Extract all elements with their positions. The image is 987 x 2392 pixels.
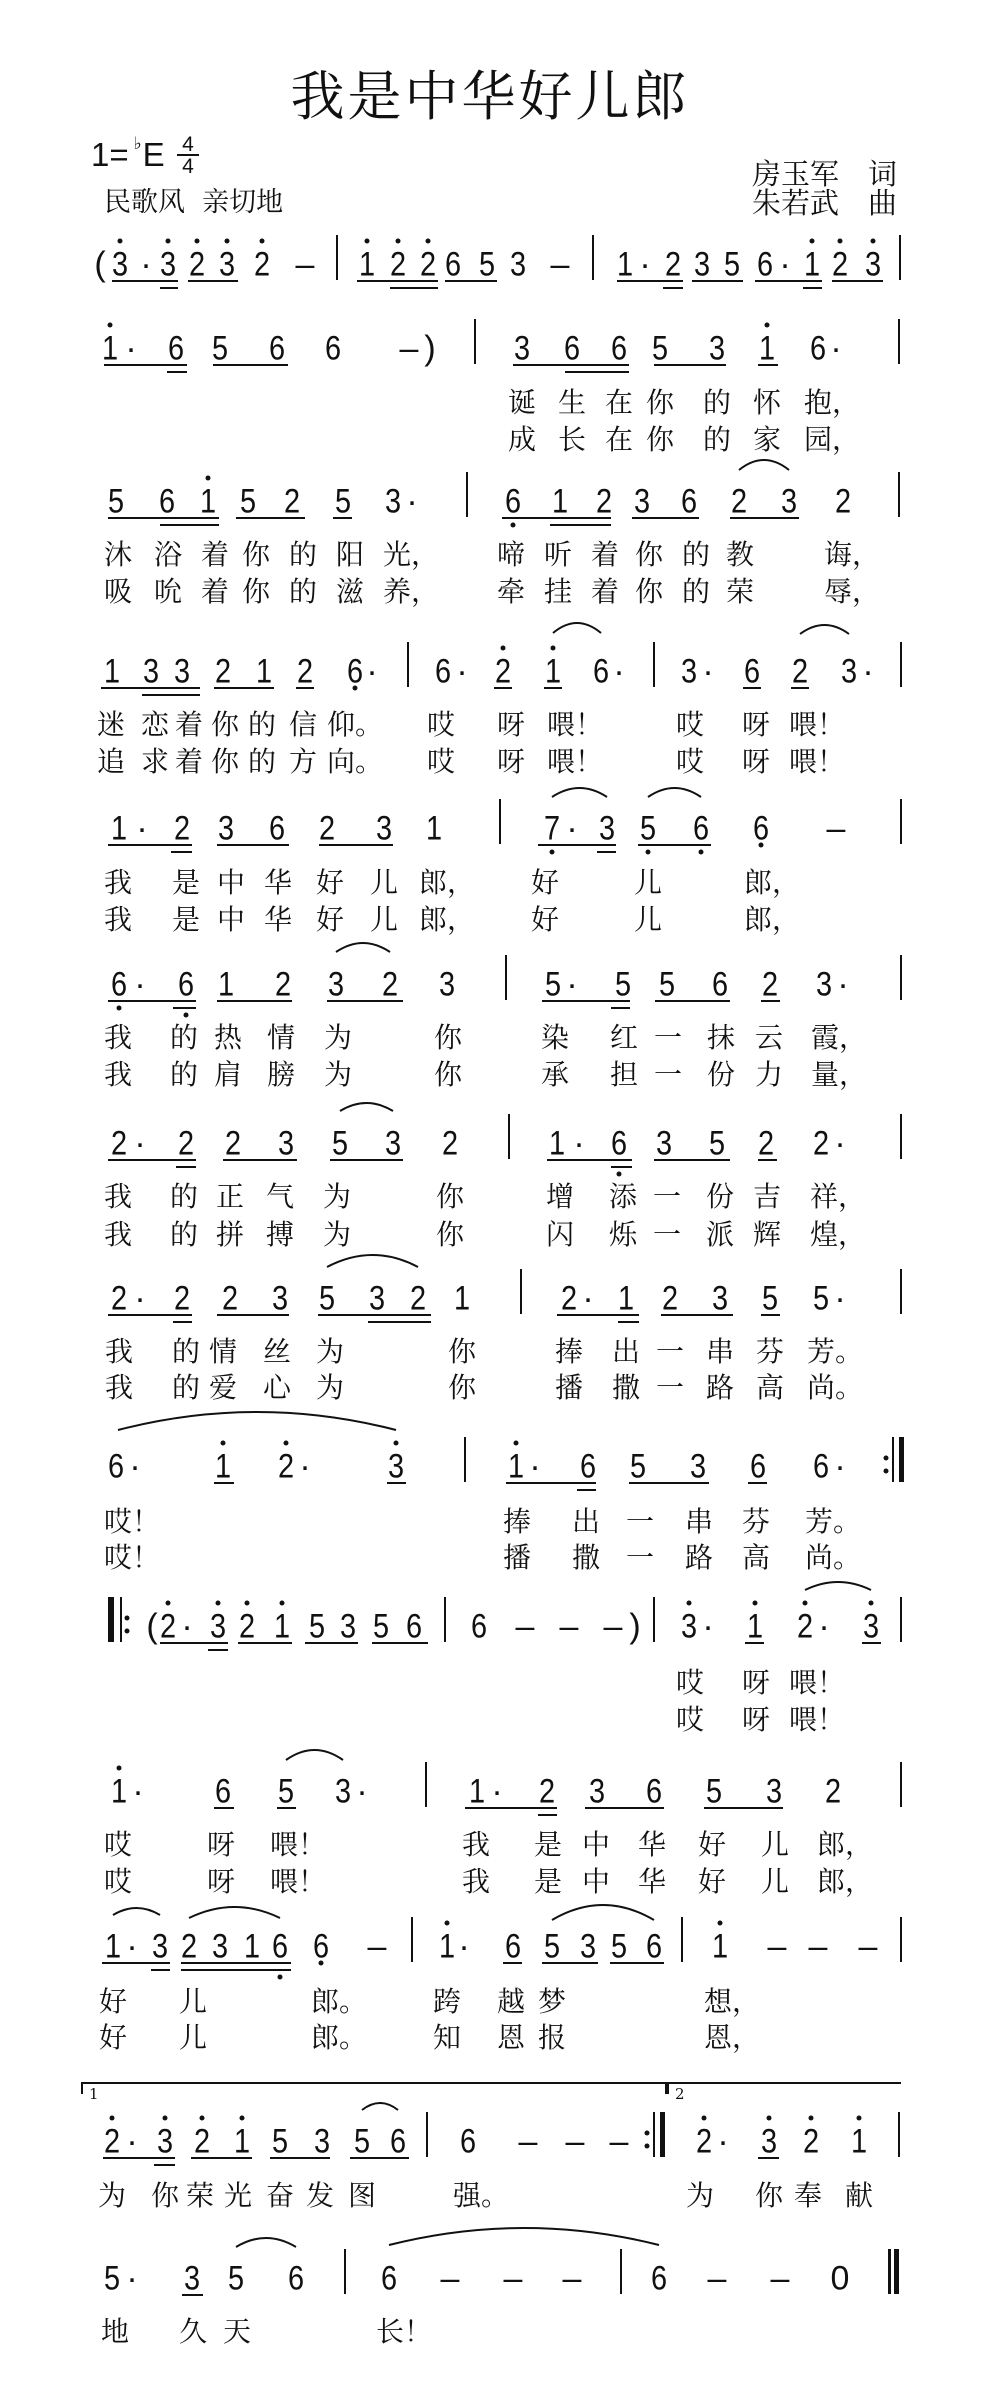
lyric-char: 光， bbox=[383, 539, 439, 571]
lyric-char: 霞， bbox=[811, 1022, 867, 1054]
high-octave-dot bbox=[838, 239, 843, 244]
barline bbox=[900, 1269, 902, 1314]
augmentation-dot: · bbox=[129, 1449, 140, 1483]
duration-underline bbox=[167, 371, 187, 373]
repeat-dot bbox=[884, 1469, 889, 1474]
barline bbox=[681, 1917, 683, 1962]
lyric-char: 的 bbox=[248, 709, 276, 741]
augmentation-dot: · bbox=[356, 1774, 367, 1808]
note: 6 bbox=[750, 1449, 766, 1483]
augmentation-dot: · bbox=[566, 967, 577, 1001]
note: 6 bbox=[215, 1774, 231, 1808]
augmentation-dot: · bbox=[613, 654, 624, 688]
barline bbox=[425, 1762, 427, 1807]
augmentation-dot: · bbox=[837, 967, 848, 1001]
lyric-char: 芳。 bbox=[807, 1336, 863, 1368]
lyric-char: 你 bbox=[646, 424, 674, 456]
lyric-char: 喂！ bbox=[270, 1829, 326, 1861]
lyric-char: 播 bbox=[503, 1542, 531, 1574]
barline bbox=[520, 1269, 522, 1314]
note: 3 bbox=[781, 484, 797, 518]
barline bbox=[407, 642, 409, 687]
lyric-char: 热 bbox=[214, 1022, 242, 1054]
lyric-char: 儿 bbox=[761, 1866, 789, 1898]
lyric-char: 的 bbox=[172, 1372, 200, 1404]
lyric-char: 强。 bbox=[453, 2180, 509, 2212]
note: 3 bbox=[863, 1609, 879, 1643]
high-octave-dot bbox=[687, 1601, 692, 1606]
lyric-char: 儿 bbox=[179, 1986, 207, 2018]
barline bbox=[411, 1917, 413, 1962]
lyric-char: 承 bbox=[541, 1059, 569, 1091]
low-octave-dot bbox=[278, 1975, 283, 1980]
lyric-char: 情 bbox=[267, 1022, 295, 1054]
lyric-char: 高 bbox=[756, 1372, 784, 1404]
note: 2 bbox=[797, 1609, 813, 1643]
slur bbox=[800, 625, 849, 634]
note: 1 bbox=[454, 1281, 470, 1315]
lyric-char: 牵 bbox=[497, 576, 525, 608]
key-signature: 1=♭E bbox=[91, 136, 165, 174]
note: 3 bbox=[219, 247, 235, 281]
note: 1 bbox=[439, 1929, 455, 1963]
note: 1 bbox=[759, 331, 775, 365]
note: 6 bbox=[111, 967, 127, 1001]
note: 6 bbox=[272, 1929, 288, 1963]
lyric-char: 路 bbox=[685, 1542, 713, 1574]
composer-role: 曲 bbox=[868, 189, 897, 218]
augmentation-dot: · bbox=[181, 1609, 192, 1643]
barline bbox=[499, 799, 501, 844]
repeat-dot bbox=[125, 1629, 130, 1634]
high-octave-dot bbox=[871, 239, 876, 244]
key-tonic: E bbox=[143, 136, 165, 173]
augmentation-dot: · bbox=[702, 1609, 713, 1643]
note: 2 bbox=[495, 654, 511, 688]
lyric-char: 呀 bbox=[742, 1704, 770, 1736]
volta-bracket: 2 bbox=[667, 2082, 901, 2094]
note: 6 bbox=[744, 654, 760, 688]
sustain-dash: – bbox=[504, 2261, 523, 2295]
lyric-char: 膀 bbox=[267, 1059, 295, 1091]
low-octave-dot bbox=[759, 843, 764, 848]
lyric-char: 中 bbox=[217, 867, 245, 899]
augmentation-dot: · bbox=[366, 654, 377, 688]
lyric-char: 派 bbox=[706, 1219, 734, 1251]
note: 5 bbox=[354, 2124, 370, 2158]
note: 3 bbox=[599, 811, 615, 845]
note: 3 bbox=[174, 654, 190, 688]
note: 3 bbox=[681, 654, 697, 688]
note: 6 bbox=[313, 1929, 329, 1963]
note: 2 bbox=[104, 2124, 120, 2158]
lyric-char: 着 bbox=[201, 576, 229, 608]
high-octave-dot bbox=[280, 1601, 285, 1606]
note: 6 bbox=[505, 484, 521, 518]
high-octave-dot bbox=[110, 2116, 115, 2121]
note: 3 bbox=[634, 484, 650, 518]
note: 3 bbox=[376, 811, 392, 845]
note: 6 bbox=[564, 331, 580, 365]
barline bbox=[900, 1597, 902, 1642]
lyric-char: 着 bbox=[175, 746, 203, 778]
note: 5 bbox=[332, 1126, 348, 1160]
lyric-char: 你 bbox=[755, 2180, 783, 2212]
note: 7 bbox=[544, 811, 560, 845]
lyric-char: 添 bbox=[609, 1181, 637, 1213]
lyric-char: 报 bbox=[538, 2022, 566, 2054]
barline bbox=[426, 2112, 428, 2157]
lyric-char: 知 bbox=[433, 2022, 461, 2054]
slur bbox=[362, 2103, 398, 2110]
lyric-char: 我 bbox=[105, 1372, 133, 1404]
lyric-char: 哎 bbox=[104, 1829, 132, 1861]
lyric-char: 我 bbox=[462, 1866, 490, 1898]
sustain-dash: – bbox=[610, 2124, 629, 2158]
barline bbox=[508, 1114, 510, 1159]
lyric-char: 好 bbox=[99, 2022, 127, 2054]
note: 6 bbox=[757, 247, 773, 281]
note: 1 bbox=[274, 1609, 290, 1643]
lyric-char: 哎 bbox=[676, 746, 704, 778]
augmentation-dot: · bbox=[140, 247, 151, 281]
barline bbox=[466, 472, 468, 517]
note: 2 bbox=[442, 1126, 458, 1160]
lyric-char: 发 bbox=[306, 2180, 334, 2212]
lyric-char: 哎 bbox=[676, 1667, 704, 1699]
note: 1 bbox=[359, 247, 375, 281]
low-octave-dot bbox=[550, 850, 555, 855]
high-octave-dot bbox=[225, 239, 230, 244]
note: 1 bbox=[552, 484, 568, 518]
note: 6 bbox=[460, 2124, 476, 2158]
lyric-char: 喂！ bbox=[789, 746, 845, 778]
lyric-char: 的 bbox=[703, 387, 731, 419]
lyric-char: 郎， bbox=[744, 867, 800, 899]
note: 5 bbox=[544, 1929, 560, 1963]
lyric-char: 献 bbox=[845, 2180, 873, 2212]
lyric-char: 荣 bbox=[726, 576, 754, 608]
note: 2 bbox=[696, 2124, 712, 2158]
high-octave-dot bbox=[365, 239, 370, 244]
note: 3 bbox=[841, 654, 857, 688]
note: 3 bbox=[816, 967, 832, 1001]
lyric-char: 气 bbox=[266, 1181, 294, 1213]
note: 6 bbox=[505, 1929, 521, 1963]
sustain-dash: – bbox=[604, 1609, 623, 1643]
slur bbox=[327, 1255, 418, 1267]
lyric-char: 的 bbox=[172, 1336, 200, 1368]
lyric-char: 为 bbox=[324, 1059, 352, 1091]
note: 1 bbox=[508, 1449, 524, 1483]
lyric-char: 出 bbox=[572, 1506, 600, 1538]
lyric-char: 奋 bbox=[266, 2180, 294, 2212]
high-octave-dot bbox=[501, 646, 506, 651]
note: 1 bbox=[747, 1609, 763, 1643]
note: 2 bbox=[239, 1609, 255, 1643]
note: 1 bbox=[804, 247, 820, 281]
thick-bar bbox=[108, 1597, 114, 1642]
sustain-dash: – bbox=[771, 2261, 790, 2295]
high-octave-dot bbox=[117, 1766, 122, 1771]
lyric-char: 奉 bbox=[794, 2180, 822, 2212]
sustain-dash: – bbox=[400, 331, 419, 365]
sustain-dash: – bbox=[768, 1929, 787, 1963]
note: 6 bbox=[390, 2124, 406, 2158]
lyric-char: 图 bbox=[348, 2180, 376, 2212]
note: 3 bbox=[328, 967, 344, 1001]
thick-bar bbox=[660, 2112, 665, 2157]
barline bbox=[900, 642, 902, 687]
lyric-char: 的 bbox=[170, 1059, 198, 1091]
lyric-char: 信 bbox=[289, 709, 317, 741]
lyricist-role: 词 bbox=[868, 160, 897, 189]
lyric-char: 肩 bbox=[214, 1059, 242, 1091]
lyric-char: 呀 bbox=[497, 709, 525, 741]
lyric-char: 追 bbox=[97, 746, 125, 778]
lyric-char: 儿 bbox=[634, 904, 662, 936]
close-paren: ) bbox=[629, 1609, 640, 1643]
note: 3 bbox=[210, 1609, 226, 1643]
note: 5 bbox=[319, 1281, 335, 1315]
note: 2 bbox=[803, 2124, 819, 2158]
augmentation-dot: · bbox=[529, 1449, 540, 1483]
time-denominator: 4 bbox=[177, 158, 199, 175]
lyric-char: 祥， bbox=[810, 1181, 866, 1213]
sustain-dash: – bbox=[519, 2124, 538, 2158]
note: 6 bbox=[168, 331, 184, 365]
lyric-char: 儿 bbox=[370, 904, 398, 936]
lyric-char: 你 bbox=[436, 1181, 464, 1213]
note: 6 bbox=[347, 654, 363, 688]
barline bbox=[464, 1437, 466, 1482]
lyric-char: 一 bbox=[653, 1219, 681, 1251]
lyric-char: 怀 bbox=[753, 387, 781, 419]
augmentation-dot: · bbox=[136, 811, 147, 845]
note: 3 bbox=[510, 247, 526, 281]
lyric-char: 挂 bbox=[544, 576, 572, 608]
lyric-char: 红 bbox=[610, 1022, 638, 1054]
lyric-char: 养， bbox=[383, 576, 439, 608]
time-signature: 4 4 bbox=[177, 136, 199, 175]
lyric-char: 在 bbox=[605, 424, 633, 456]
augmentation-dot: · bbox=[406, 484, 417, 518]
note: 3 bbox=[439, 967, 455, 1001]
duration-underline bbox=[577, 1489, 596, 1491]
lyric-char: 啼 bbox=[497, 539, 525, 571]
lyric-char: 跨 bbox=[433, 1986, 461, 2018]
lyric-char: 好 bbox=[698, 1829, 726, 1861]
lyric-char: 在 bbox=[605, 387, 633, 419]
note: 5 bbox=[709, 1126, 725, 1160]
augmentation-dot: · bbox=[582, 1281, 593, 1315]
high-octave-dot bbox=[216, 1601, 221, 1606]
tempo-expression: 民歌风 亲切地 bbox=[104, 187, 283, 219]
note: 6 bbox=[646, 1929, 662, 1963]
lyric-char: 的 bbox=[703, 424, 731, 456]
lyric-char: 呀 bbox=[742, 1667, 770, 1699]
slur bbox=[552, 788, 607, 797]
lyric-char: 染 bbox=[541, 1022, 569, 1054]
lyric-char: 你 bbox=[242, 539, 270, 571]
lyric-char: 尚。 bbox=[805, 1542, 861, 1574]
duration-underline bbox=[565, 371, 629, 373]
lyric-char: 我 bbox=[104, 1059, 132, 1091]
lyric-char: 我 bbox=[104, 904, 132, 936]
note: 2 bbox=[835, 484, 851, 518]
slur bbox=[286, 1750, 343, 1760]
lyric-char: 吉 bbox=[753, 1181, 781, 1213]
lyric-char: 为 bbox=[323, 1219, 351, 1251]
repeat-dot bbox=[645, 2131, 650, 2136]
lyric-char: 郎。 bbox=[311, 1986, 367, 2018]
sustain-dash: – bbox=[296, 247, 315, 281]
note: 2 bbox=[410, 1281, 426, 1315]
lyric-char: 方 bbox=[289, 746, 317, 778]
note: 3 bbox=[712, 1281, 728, 1315]
note: 6 bbox=[810, 331, 826, 365]
barline bbox=[900, 1114, 902, 1159]
lyric-char: 中 bbox=[582, 1866, 610, 1898]
note: 5 bbox=[309, 1609, 325, 1643]
note: 6 bbox=[753, 811, 769, 845]
lyric-char: 的 bbox=[248, 746, 276, 778]
note: 3 bbox=[278, 1126, 294, 1160]
barline bbox=[898, 319, 900, 364]
note: 1 bbox=[244, 1929, 260, 1963]
high-octave-dot bbox=[803, 1601, 808, 1606]
note: 2 bbox=[174, 1281, 190, 1315]
sustain-dash: – bbox=[560, 1609, 579, 1643]
lyric-char: 你 bbox=[448, 1372, 476, 1404]
note: 2 bbox=[225, 1126, 241, 1160]
slur bbox=[118, 1412, 396, 1430]
thin-bar bbox=[653, 2112, 655, 2157]
note: 6 bbox=[159, 484, 175, 518]
note: 2 bbox=[254, 247, 270, 281]
note: 5 bbox=[652, 331, 668, 365]
credits: 房玉军 词 朱若武 曲 bbox=[752, 160, 897, 218]
note: 5 bbox=[373, 1609, 389, 1643]
lyric-char: 芬 bbox=[756, 1336, 784, 1368]
repeat-dot bbox=[125, 1616, 130, 1621]
note: 3 bbox=[694, 247, 710, 281]
high-octave-dot bbox=[767, 2116, 772, 2121]
lyric-char: 一 bbox=[654, 1059, 682, 1091]
lyric-char: 好 bbox=[316, 904, 344, 936]
lyric-char: 越 bbox=[497, 1986, 525, 2018]
note: 5 bbox=[706, 1774, 722, 1808]
barline bbox=[653, 1597, 655, 1642]
note: 3 bbox=[385, 484, 401, 518]
note: 1 bbox=[549, 1126, 565, 1160]
note: 3 bbox=[681, 1609, 697, 1643]
slur bbox=[739, 460, 789, 470]
note: 3 bbox=[865, 247, 881, 281]
note: 6 bbox=[108, 1449, 124, 1483]
lyric-char: 滋 bbox=[336, 576, 364, 608]
lyric-char: 向。 bbox=[327, 746, 383, 778]
lyric-char: 恩， bbox=[704, 2022, 760, 2054]
note: 2 bbox=[174, 811, 190, 845]
note: 3 bbox=[157, 2124, 173, 2158]
high-octave-dot bbox=[166, 239, 171, 244]
note: 3 bbox=[184, 2261, 200, 2295]
lyric-char: 煌， bbox=[810, 1219, 866, 1251]
note: 3 bbox=[589, 1774, 605, 1808]
lyric-char: 喂！ bbox=[547, 746, 603, 778]
lyric-char: 求 bbox=[141, 746, 169, 778]
note: 3 bbox=[385, 1126, 401, 1160]
augmentation-dot: · bbox=[134, 967, 145, 1001]
slur bbox=[236, 2238, 296, 2247]
high-octave-dot bbox=[240, 2116, 245, 2121]
high-octave-dot bbox=[765, 323, 770, 328]
lyric-char: 云 bbox=[755, 1022, 783, 1054]
sustain-dash: – bbox=[551, 247, 570, 281]
lyric-char: 你 bbox=[211, 709, 239, 741]
note: 2 bbox=[111, 1281, 127, 1315]
note: 3 bbox=[272, 1281, 288, 1315]
note: 6 bbox=[813, 1449, 829, 1483]
lyric-char: 你 bbox=[635, 576, 663, 608]
high-octave-dot bbox=[260, 239, 265, 244]
augmentation-dot: · bbox=[132, 1774, 143, 1808]
thin-bar bbox=[888, 2249, 891, 2294]
note: 6 bbox=[611, 1126, 627, 1160]
thick-bar bbox=[894, 2249, 899, 2294]
high-octave-dot bbox=[869, 1601, 874, 1606]
note: 2 bbox=[275, 967, 291, 1001]
note: 2 bbox=[792, 654, 808, 688]
note: 5 bbox=[615, 967, 631, 1001]
note: 2 bbox=[390, 247, 406, 281]
note: 2 bbox=[825, 1774, 841, 1808]
lyric-char: 生 bbox=[558, 387, 586, 419]
note: 2 bbox=[189, 247, 205, 281]
augmentation-dot: · bbox=[702, 654, 713, 688]
lyric-char: 你 bbox=[242, 576, 270, 608]
lyric-char: 你 bbox=[151, 2180, 179, 2212]
note: 1 bbox=[618, 1281, 634, 1315]
lyric-char: 你 bbox=[448, 1336, 476, 1368]
lyric-char: 出 bbox=[612, 1336, 640, 1368]
lyric-char: 为 bbox=[686, 2180, 714, 2212]
note: 2 bbox=[762, 967, 778, 1001]
lyric-char: 串 bbox=[685, 1506, 713, 1538]
lyric-char: 华 bbox=[264, 867, 292, 899]
sustain-dash: – bbox=[441, 2261, 460, 2295]
lyric-char: 力 bbox=[755, 1059, 783, 1091]
note: 5 bbox=[545, 967, 561, 1001]
note: 3 bbox=[314, 2124, 330, 2158]
composer-name: 朱若武 bbox=[752, 189, 868, 218]
volta-label: 2 bbox=[675, 2086, 685, 2102]
thick-bar bbox=[899, 1437, 904, 1482]
high-octave-dot bbox=[118, 239, 123, 244]
lyric-char: 我 bbox=[104, 1022, 132, 1054]
note: 2 bbox=[561, 1281, 577, 1315]
note: 6 bbox=[178, 967, 194, 1001]
note: 6 bbox=[611, 331, 627, 365]
slur bbox=[336, 943, 390, 952]
note: 6 bbox=[325, 331, 341, 365]
lyric-char: 烁 bbox=[609, 1219, 637, 1251]
sustain-dash: – bbox=[859, 1929, 878, 1963]
lyric-char: 拼 bbox=[216, 1219, 244, 1251]
note: 6 bbox=[693, 811, 709, 845]
augmentation-dot: · bbox=[458, 1929, 469, 1963]
